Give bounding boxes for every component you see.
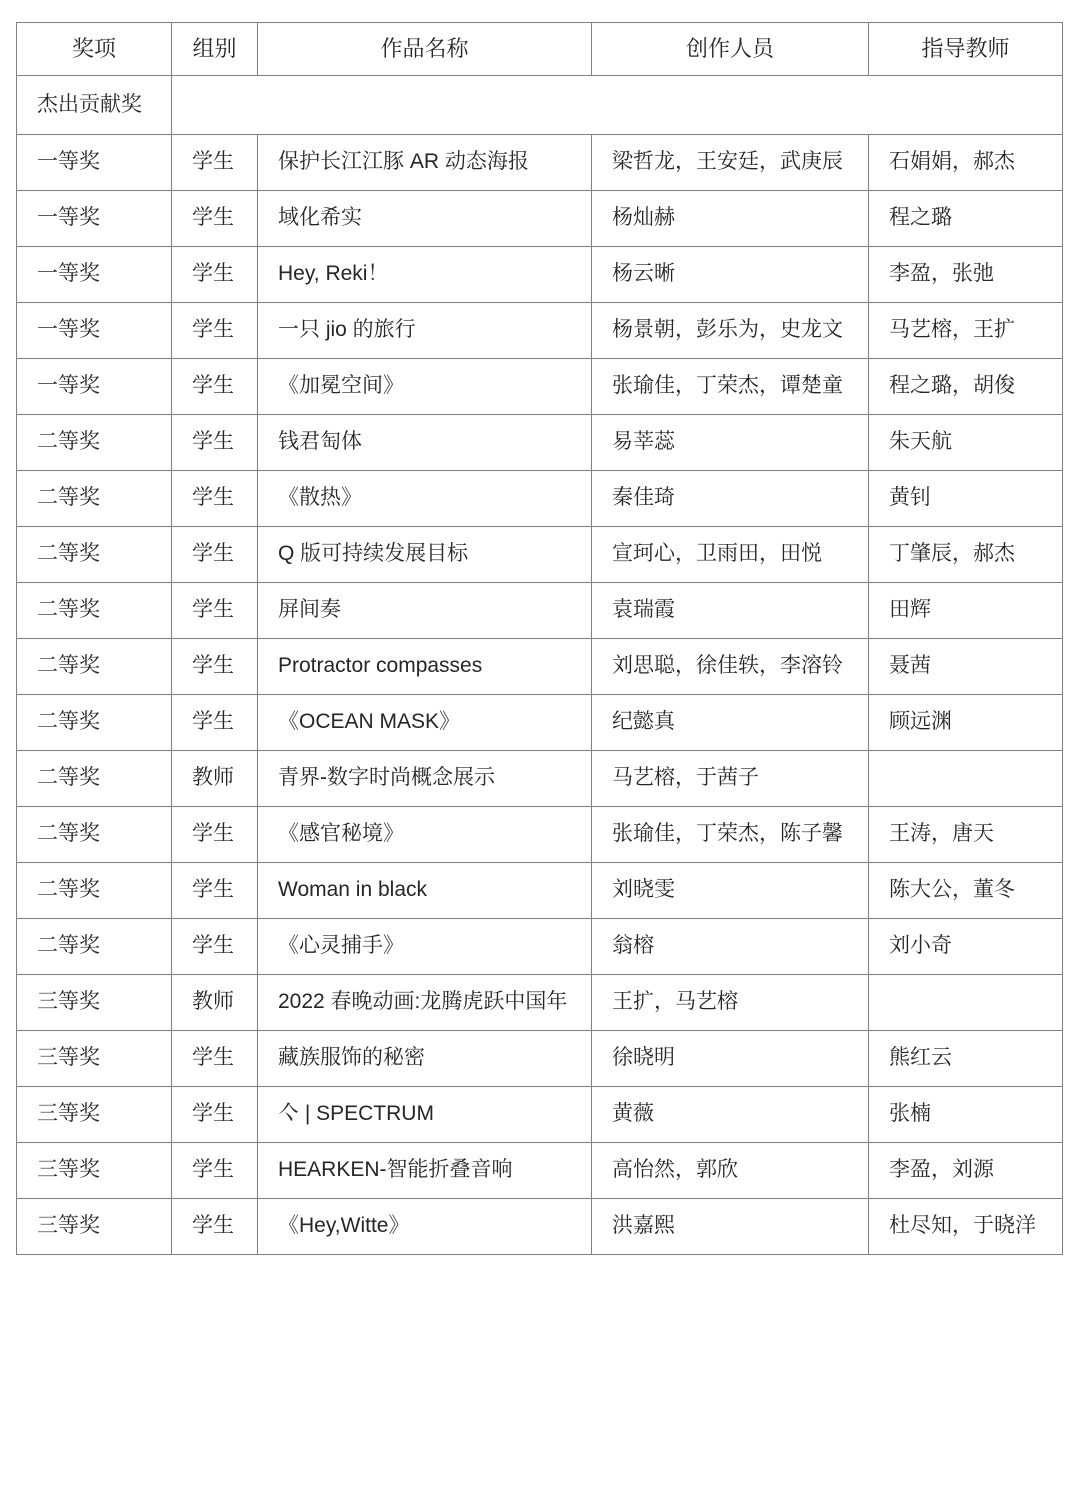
table-row: 二等奖 学生 Protractor compasses 刘思聪，徐佳轶，李溶铃 …	[17, 639, 1063, 695]
title-cell: Protractor compasses	[258, 639, 592, 695]
teachers-cell: 马艺榕，王扩	[869, 303, 1063, 359]
group-cell: 学生	[172, 247, 258, 303]
award-cell: 一等奖	[17, 247, 172, 303]
teachers-cell: 杜尽知，于晓洋	[869, 1199, 1063, 1255]
teachers-cell: 刘小奇	[869, 919, 1063, 975]
creators-cell: 洪嘉熙	[592, 1199, 869, 1255]
award-cell: 一等奖	[17, 135, 172, 191]
table-row: 二等奖 学生 《OCEAN MASK》 纪懿真 顾远渊	[17, 695, 1063, 751]
teachers-cell: 李盈，张弛	[869, 247, 1063, 303]
creators-cell: 易莘蕊	[592, 415, 869, 471]
table-row: 一等奖 学生 域化希实 杨灿赫 程之璐	[17, 191, 1063, 247]
creators-cell: 纪懿真	[592, 695, 869, 751]
title-cell: 《加冕空间》	[258, 359, 592, 415]
creators-cell: 宣珂心，卫雨田，田悦	[592, 527, 869, 583]
title-cell: 钱君匋体	[258, 415, 592, 471]
teachers-cell	[869, 751, 1063, 807]
group-cell: 学生	[172, 135, 258, 191]
awards-table: 奖项 组别 作品名称 创作人员 指导教师 杰出贡献奖 一等奖 学生 保护长江江豚…	[16, 22, 1063, 1255]
award-cell: 二等奖	[17, 807, 172, 863]
teachers-cell: 李盈，刘源	[869, 1143, 1063, 1199]
table-row: 三等奖 学生 藏族服饰的秘密 徐晓明 熊红云	[17, 1031, 1063, 1087]
creators-cell: 刘晓雯	[592, 863, 869, 919]
title-cell: 青界-数字时尚概念展示	[258, 751, 592, 807]
title-cell: 保护长江江豚 AR 动态海报	[258, 135, 592, 191]
award-cell: 三等奖	[17, 975, 172, 1031]
teachers-cell: 石娟娟，郝杰	[869, 135, 1063, 191]
title-cell: 《Hey,Witte》	[258, 1199, 592, 1255]
group-cell: 学生	[172, 919, 258, 975]
table-row: 二等奖 教师 青界-数字时尚概念展示 马艺榕，于茜子	[17, 751, 1063, 807]
award-cell: 三等奖	[17, 1087, 172, 1143]
header-teachers: 指导教师	[869, 23, 1063, 76]
table-row: 一等奖 学生 Hey, Reki！ 杨云晰 李盈，张弛	[17, 247, 1063, 303]
title-cell: 域化希实	[258, 191, 592, 247]
teachers-cell: 王涛，唐天	[869, 807, 1063, 863]
award-cell: 一等奖	[17, 191, 172, 247]
group-cell: 教师	[172, 975, 258, 1031]
teachers-cell: 程之璐	[869, 191, 1063, 247]
group-cell: 学生	[172, 1087, 258, 1143]
table-row: 二等奖 学生 《散热》 秦佳琦 黄钊	[17, 471, 1063, 527]
award-cell: 二等奖	[17, 919, 172, 975]
creators-cell: 翁榕	[592, 919, 869, 975]
teachers-cell: 黄钊	[869, 471, 1063, 527]
group-cell: 学生	[172, 695, 258, 751]
group-cell: 教师	[172, 751, 258, 807]
table-row: 三等奖 学生 《Hey,Witte》 洪嘉熙 杜尽知，于晓洋	[17, 1199, 1063, 1255]
table-row: 一等奖 学生 保护长江江豚 AR 动态海报 梁哲龙，王安廷，武庚辰 石娟娟，郝杰	[17, 135, 1063, 191]
teachers-cell: 聂茜	[869, 639, 1063, 695]
table-row: 二等奖 学生 Q 版可持续发展目标 宣珂心，卫雨田，田悦 丁肇辰，郝杰	[17, 527, 1063, 583]
table-row: 二等奖 学生 《感官秘境》 张瑜佳，丁荣杰，陈子馨 王涛，唐天	[17, 807, 1063, 863]
table-row: 三等奖 学生 HEARKEN-智能折叠音响 高怡然，郭欣 李盈，刘源	[17, 1143, 1063, 1199]
title-cell: 2022 春晚动画:龙腾虎跃中国年	[258, 975, 592, 1031]
section-empty-cell	[172, 76, 1063, 135]
teachers-cell: 田辉	[869, 583, 1063, 639]
award-cell: 二等奖	[17, 471, 172, 527]
creators-cell: 梁哲龙，王安廷，武庚辰	[592, 135, 869, 191]
section-award-label: 杰出贡献奖	[17, 76, 172, 135]
award-cell: 二等奖	[17, 751, 172, 807]
group-cell: 学生	[172, 527, 258, 583]
award-cell: 二等奖	[17, 639, 172, 695]
award-cell: 三等奖	[17, 1199, 172, 1255]
creators-cell: 高怡然，郭欣	[592, 1143, 869, 1199]
group-cell: 学生	[172, 639, 258, 695]
title-cell: HEARKEN-智能折叠音响	[258, 1143, 592, 1199]
teachers-cell: 顾远渊	[869, 695, 1063, 751]
table-row: 三等奖 教师 2022 春晚动画:龙腾虎跃中国年 王扩，马艺榕	[17, 975, 1063, 1031]
table-row: 一等奖 学生 一只 jio 的旅行 杨景朝，彭乐为，史龙文 马艺榕，王扩	[17, 303, 1063, 359]
group-cell: 学生	[172, 1143, 258, 1199]
header-group: 组别	[172, 23, 258, 76]
award-cell: 二等奖	[17, 415, 172, 471]
teachers-cell: 丁肇辰，郝杰	[869, 527, 1063, 583]
header-title: 作品名称	[258, 23, 592, 76]
title-cell: 亽 | SPECTRUM	[258, 1087, 592, 1143]
group-cell: 学生	[172, 359, 258, 415]
table-row: 二等奖 学生 钱君匋体 易莘蕊 朱天航	[17, 415, 1063, 471]
header-creators: 创作人员	[592, 23, 869, 76]
creators-cell: 黄薇	[592, 1087, 869, 1143]
header-row: 奖项 组别 作品名称 创作人员 指导教师	[17, 23, 1063, 76]
table-row: 二等奖 学生 Woman in black 刘晓雯 陈大公，董冬	[17, 863, 1063, 919]
teachers-cell: 熊红云	[869, 1031, 1063, 1087]
group-cell: 学生	[172, 191, 258, 247]
award-cell: 二等奖	[17, 527, 172, 583]
group-cell: 学生	[172, 1199, 258, 1255]
title-cell: 屏间奏	[258, 583, 592, 639]
title-cell: Hey, Reki！	[258, 247, 592, 303]
teachers-cell: 陈大公，董冬	[869, 863, 1063, 919]
teachers-cell: 程之璐，胡俊	[869, 359, 1063, 415]
award-cell: 二等奖	[17, 695, 172, 751]
award-cell: 二等奖	[17, 583, 172, 639]
table-row: 一等奖 学生 《加冕空间》 张瑜佳，丁荣杰，谭楚童 程之璐，胡俊	[17, 359, 1063, 415]
group-cell: 学生	[172, 471, 258, 527]
award-cell: 三等奖	[17, 1143, 172, 1199]
table-row: 二等奖 学生 《心灵捕手》 翁榕 刘小奇	[17, 919, 1063, 975]
creators-cell: 秦佳琦	[592, 471, 869, 527]
award-cell: 一等奖	[17, 359, 172, 415]
creators-cell: 杨景朝，彭乐为，史龙文	[592, 303, 869, 359]
creators-cell: 杨云晰	[592, 247, 869, 303]
creators-cell: 徐晓明	[592, 1031, 869, 1087]
creators-cell: 王扩，马艺榕	[592, 975, 869, 1031]
creators-cell: 张瑜佳，丁荣杰，陈子馨	[592, 807, 869, 863]
group-cell: 学生	[172, 807, 258, 863]
title-cell: 《心灵捕手》	[258, 919, 592, 975]
teachers-cell	[869, 975, 1063, 1031]
group-cell: 学生	[172, 1031, 258, 1087]
creators-cell: 杨灿赫	[592, 191, 869, 247]
creators-cell: 刘思聪，徐佳轶，李溶铃	[592, 639, 869, 695]
title-cell: Q 版可持续发展目标	[258, 527, 592, 583]
document-page: 奖项 组别 作品名称 创作人员 指导教师 杰出贡献奖 一等奖 学生 保护长江江豚…	[0, 0, 1080, 1504]
group-cell: 学生	[172, 415, 258, 471]
title-cell: 《感官秘境》	[258, 807, 592, 863]
title-cell: 《OCEAN MASK》	[258, 695, 592, 751]
award-cell: 一等奖	[17, 303, 172, 359]
teachers-cell: 朱天航	[869, 415, 1063, 471]
title-cell: 一只 jio 的旅行	[258, 303, 592, 359]
group-cell: 学生	[172, 863, 258, 919]
title-cell: 藏族服饰的秘密	[258, 1031, 592, 1087]
table-row: 二等奖 学生 屏间奏 袁瑞霞 田辉	[17, 583, 1063, 639]
title-cell: Woman in black	[258, 863, 592, 919]
group-cell: 学生	[172, 303, 258, 359]
table-row: 三等奖 学生 亽 | SPECTRUM 黄薇 张楠	[17, 1087, 1063, 1143]
group-cell: 学生	[172, 583, 258, 639]
title-cell: 《散热》	[258, 471, 592, 527]
section-row: 杰出贡献奖	[17, 76, 1063, 135]
award-cell: 二等奖	[17, 863, 172, 919]
header-award: 奖项	[17, 23, 172, 76]
creators-cell: 张瑜佳，丁荣杰，谭楚童	[592, 359, 869, 415]
award-cell: 三等奖	[17, 1031, 172, 1087]
creators-cell: 袁瑞霞	[592, 583, 869, 639]
creators-cell: 马艺榕，于茜子	[592, 751, 869, 807]
teachers-cell: 张楠	[869, 1087, 1063, 1143]
